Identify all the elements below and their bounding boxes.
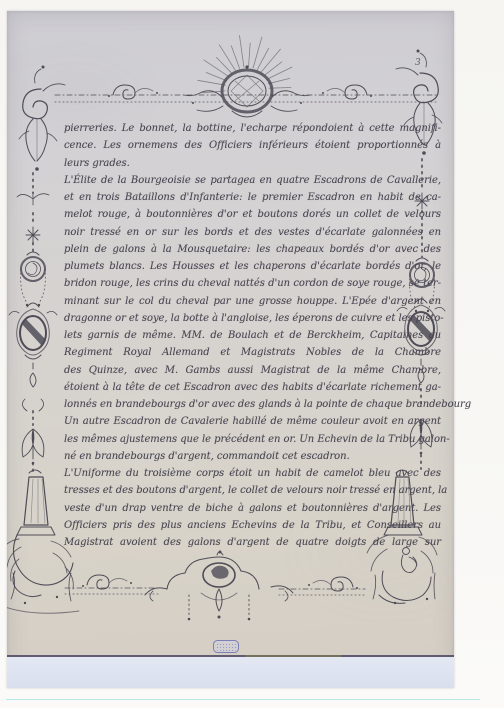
left-border-chain-icon: [9, 173, 57, 473]
text-line: Un autre Escadron de Cavalerie habillé d…: [64, 416, 441, 433]
text-line: bridon rouge, les crins du cheval nattés…: [64, 278, 441, 295]
photo-of-engraved-page: 3 pierreries. Le bonnet, la bottine, l'e…: [7, 11, 454, 688]
bottom-border-dotted-line: [65, 588, 365, 595]
text-line: L'Élite de la Bourgeoisie se partagea en…: [64, 175, 441, 192]
text-line: des Quinze, avec M. Gambs aussi Magistra…: [64, 365, 441, 382]
text-line: leurs grades.: [64, 158, 441, 175]
text-line: les mêmes ajustemens que le précédent en…: [64, 434, 441, 451]
text-line: plein de galons à la Mousquetaire: les c…: [64, 244, 441, 261]
text-line: tresses et des boutons d'argent, le coll…: [64, 485, 441, 502]
engraved-text-block: pierreries. Le bonnet, la bottine, l'ech…: [64, 123, 441, 554]
text-line: lets garnis de même. MM. de Boulach et d…: [64, 330, 441, 347]
page-number: 3: [415, 58, 421, 68]
bottom-left-scroll-icon: [82, 575, 132, 589]
top-border-dotted-line: [55, 95, 437, 102]
blue-mount-strip: [7, 657, 454, 688]
bottom-center-cartouche-icon: [145, 551, 293, 621]
text-line: né en brandebourgs d'argent, commandoit …: [64, 451, 441, 468]
text-line: dragonne or et soye, la botte à l'angloi…: [64, 313, 441, 330]
top-left-scroll-icon: [108, 85, 158, 99]
text-line: Regiment Royal Allemand et Magistrats No…: [64, 347, 441, 364]
text-line: noir tressé en or sur les bords et des v…: [64, 227, 441, 244]
top-right-scroll-icon: [322, 85, 372, 99]
text-line: cence. Les ornemens des Officiers inféri…: [64, 140, 441, 157]
text-line: L'Uniforme du troisième corps étoit un h…: [64, 468, 441, 485]
text-line: Officiers pris des plus anciens Echevins…: [64, 520, 441, 537]
stamp-illegible-marks: [216, 643, 237, 651]
cyan-scanline: [6, 699, 480, 700]
top-left-corner-ornament-icon: [19, 66, 65, 171]
text-line: pierreries. Le bonnet, la bottine, l'ech…: [64, 123, 441, 140]
text-line: minant sur le col du cheval par une gros…: [64, 296, 441, 313]
sunburst-cartouche-icon: [184, 36, 310, 118]
collection-stamp: [213, 640, 239, 653]
text-line: et en trois Bataillons d'Infanterie: le …: [64, 192, 441, 209]
text-line: veste d'un drap ventre de biche à galons…: [64, 503, 441, 520]
text-line: Magistrat avoient des galons d'argent de…: [64, 537, 441, 554]
text-line: melot rouge, à boutonnières d'or et bout…: [64, 209, 441, 226]
text-line: plumets blancs. Les Housses et les chape…: [64, 261, 441, 278]
text-line: étoient à la tête de cet Escadron avec d…: [64, 382, 441, 399]
text-line: lonnés en brandebourgs d'or avec des gla…: [64, 399, 441, 416]
scanned-photograph: { "page": { "page_number": "3" }, "docum…: [0, 0, 504, 708]
